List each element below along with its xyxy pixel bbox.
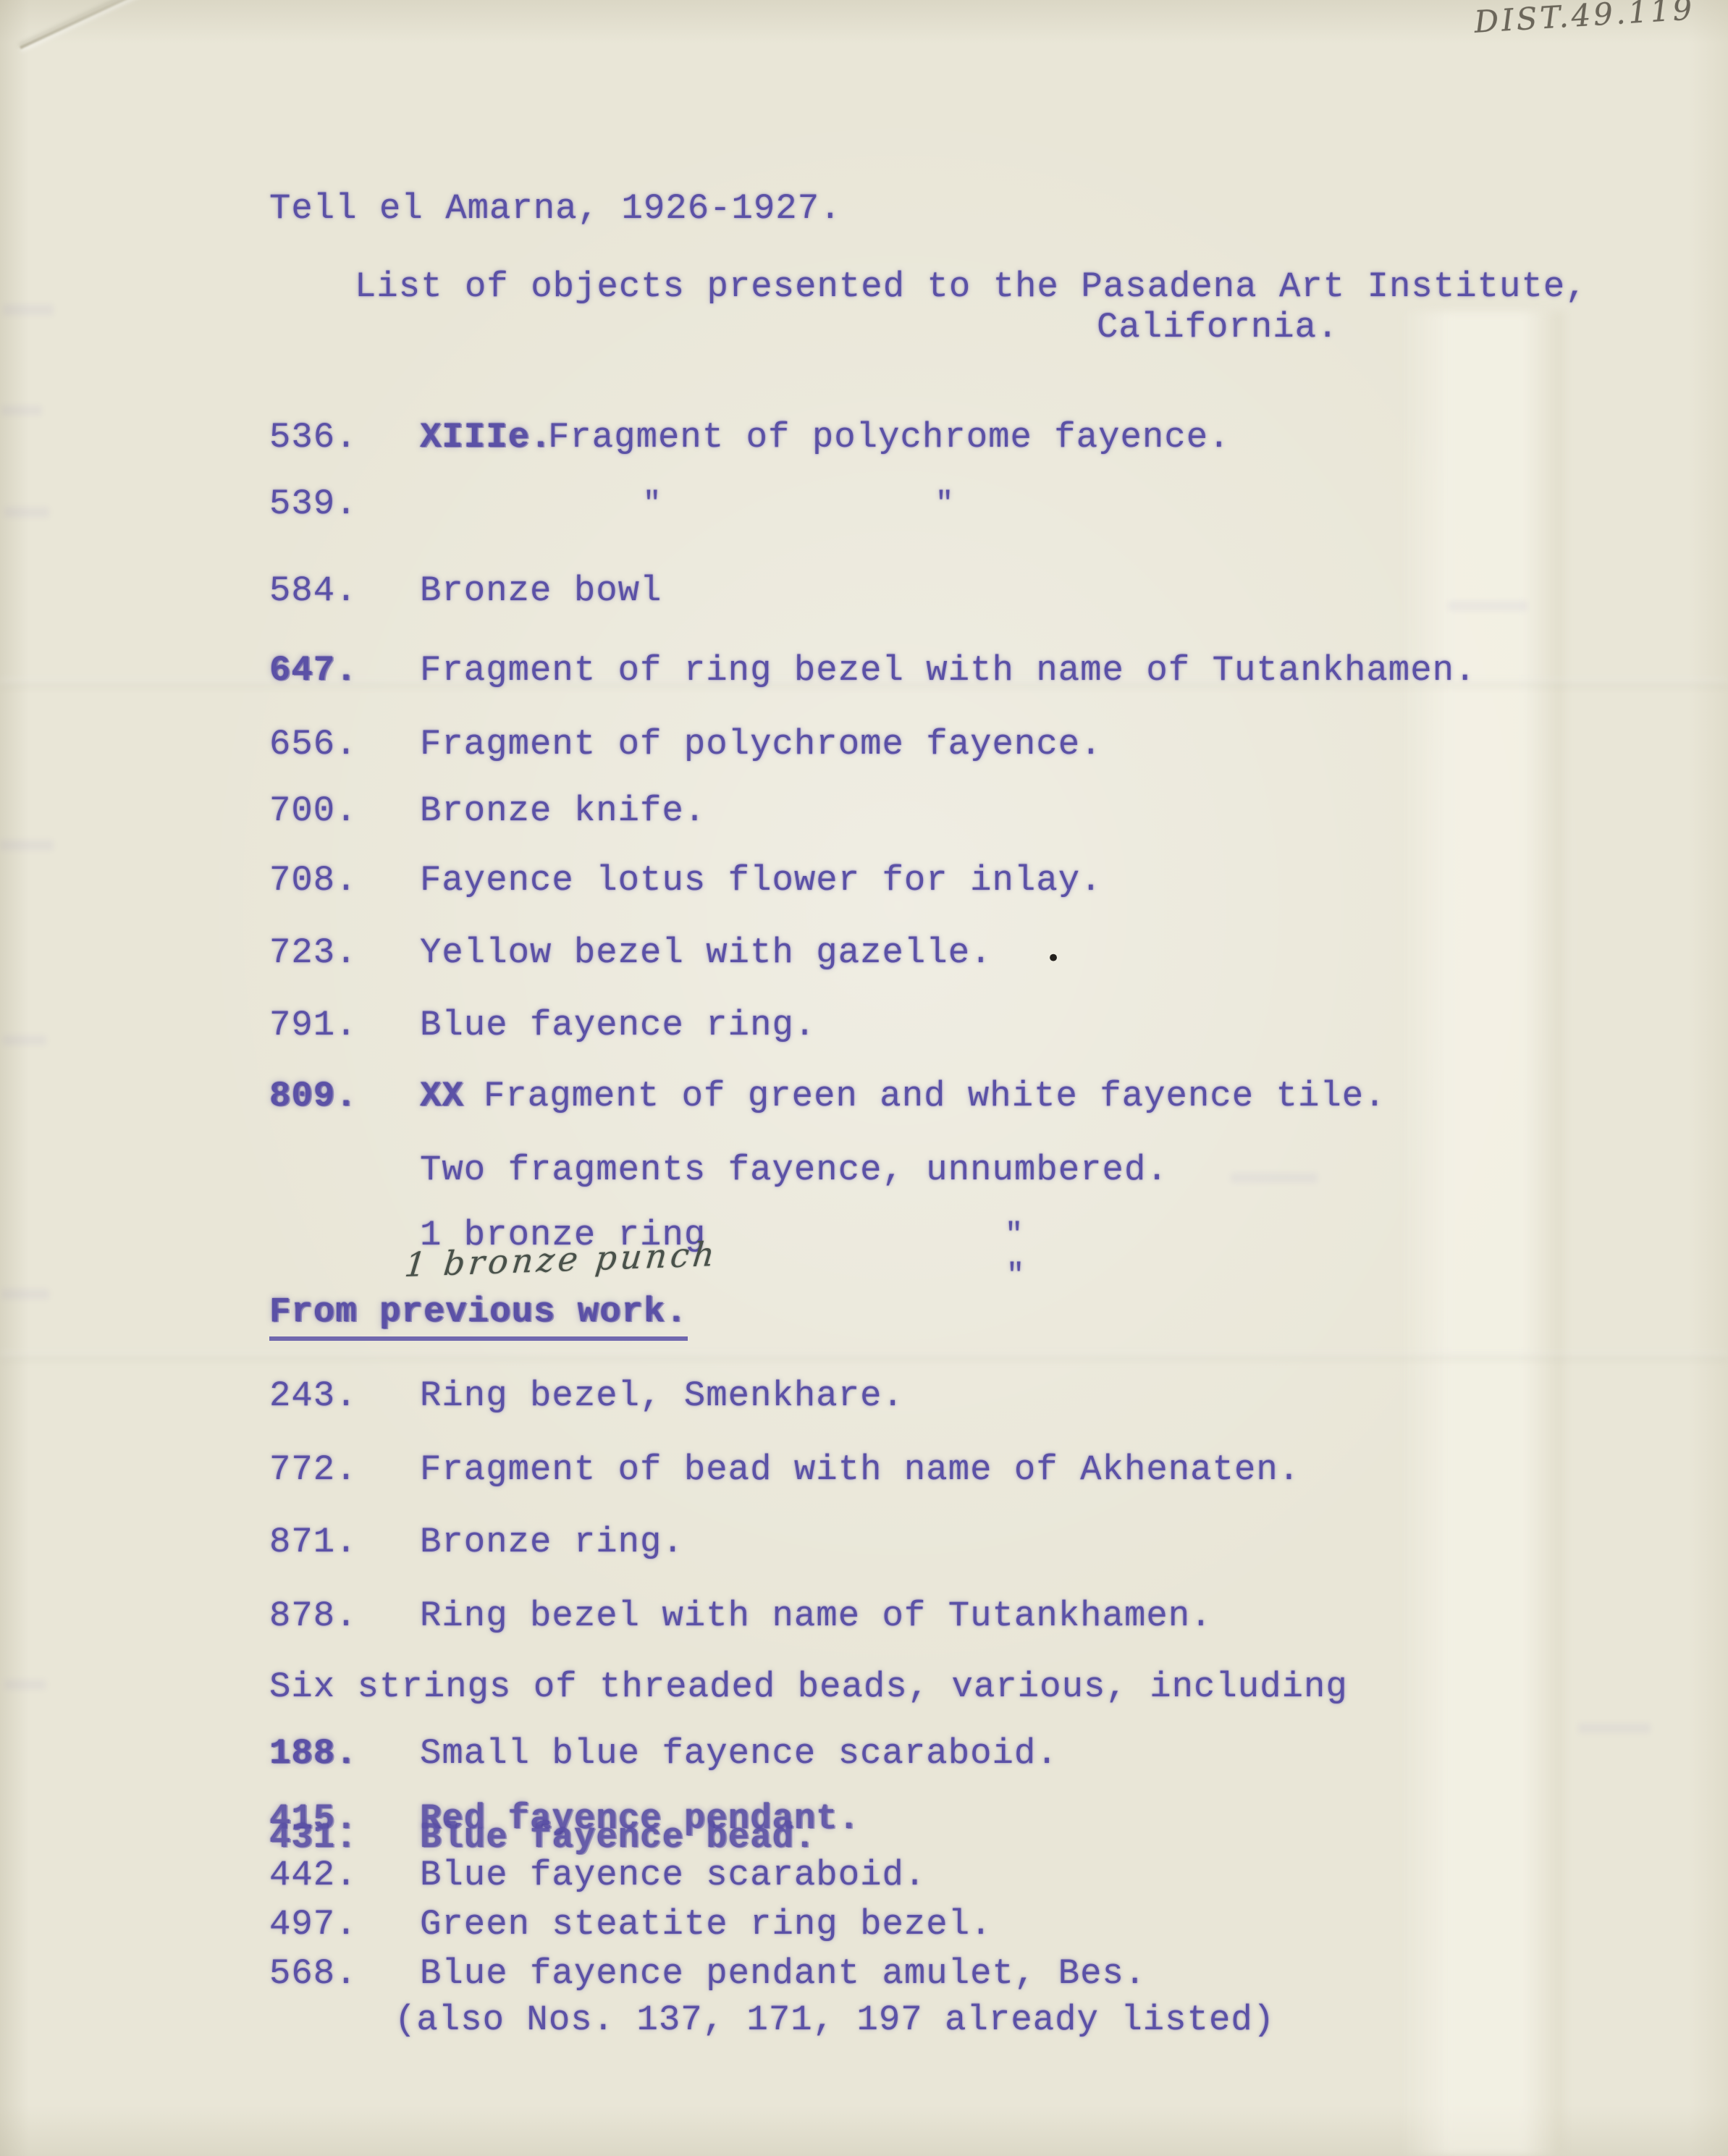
item-number: 442. — [269, 1853, 358, 1897]
ditto-mark: " — [643, 482, 662, 526]
item-text: Fragment of polychrome fayence. — [548, 416, 1231, 459]
list-item: 243. Ring bezel, Smenkhare. — [0, 1374, 1728, 1425]
list-item: 809. XX Fragment of green and white faye… — [0, 1074, 1728, 1125]
item-text: Blue fayence scaraboid. — [420, 1853, 926, 1897]
document-subtitle: List of objects presented to the Pasaden… — [355, 265, 1588, 308]
list-item: 791. Blue fayence ring. — [0, 1003, 1728, 1054]
paper-crease-topleft — [20, 0, 185, 49]
bleed-through-mark — [0, 840, 54, 851]
item-text: Ring bezel, Smenkhare. — [420, 1374, 904, 1418]
list-item: 497. Green steatite ring bezel. — [0, 1903, 1728, 1953]
item-number: 791. — [269, 1003, 358, 1047]
handwritten-item-row: 1 bronze punch " — [0, 1239, 1728, 1290]
item-text: Blue fayence bead. — [420, 1816, 816, 1859]
item-number: 772. — [269, 1448, 358, 1491]
section-heading-row: From previous work. — [0, 1290, 1728, 1341]
bleed-through-mark — [1, 405, 42, 416]
item-prefix: XIIIe. — [420, 416, 552, 459]
list-item: 647. Fragment of ring bezel with name of… — [0, 649, 1728, 699]
item-text: Bronze ring. — [420, 1520, 684, 1564]
footnote-row: (also Nos. 137, 171, 197 already listed) — [0, 1998, 1728, 2049]
ditto-mark: " — [935, 482, 954, 526]
list-item: 188. Small blue fayence scaraboid. — [0, 1732, 1728, 1782]
item-number: 656. — [269, 723, 358, 766]
six-strings-line-row: Six strings of threaded beads, various, … — [0, 1665, 1728, 1716]
item-text: Fayence lotus flower for inlay. — [420, 859, 1103, 902]
paper-fold-line — [0, 1352, 1728, 1360]
item-text: Blue fayence ring. — [420, 1003, 816, 1047]
item-text: Small blue fayence scaraboid. — [420, 1732, 1058, 1775]
item-number: 708. — [269, 859, 358, 902]
list-item: 656. Fragment of polychrome fayence. — [0, 723, 1728, 773]
list-item: 878. Ring bezel with name of Tutankhamen… — [0, 1594, 1728, 1645]
archive-number-annotation: DIST.49.119 — [1473, 0, 1696, 40]
item-prefix: XX — [420, 1074, 486, 1118]
item-number: 568. — [269, 1952, 358, 1995]
list-item: Two fragments fayence, unnumbered. — [0, 1148, 1728, 1199]
item-text: Two fragments fayence, unnumbered. — [420, 1148, 1168, 1192]
item-number: 431. — [269, 1816, 358, 1859]
item-number: 878. — [269, 1594, 358, 1638]
item-text: Blue fayence pendant amulet, Bes. — [420, 1952, 1146, 1995]
footnote: (also Nos. 137, 171, 197 already listed) — [395, 1998, 1275, 2042]
list-item: 772. Fragment of bead with name of Akhen… — [0, 1448, 1728, 1499]
list-item: 539. " " — [0, 482, 1728, 533]
list-item: 442. Blue fayence scaraboid. — [0, 1853, 1728, 1904]
document-title: Tell el Amarna, 1926-1927. — [269, 187, 842, 230]
list-item: 708. Fayence lotus flower for inlay. — [0, 859, 1728, 909]
handwritten-item: 1 bronze punch — [403, 1234, 720, 1284]
list-item: 584. Bronze bowl — [0, 569, 1728, 620]
ink-dot-mark: • — [1046, 944, 1061, 973]
item-number: 809. — [269, 1074, 358, 1118]
item-number: 536. — [269, 416, 358, 459]
list-item: 536. XIIIe. Fragment of polychrome fayen… — [0, 416, 1728, 466]
item-text: Fragment of green and white fayence tile… — [484, 1074, 1386, 1118]
list-item: 871. Bronze ring. — [0, 1520, 1728, 1571]
document-subtitle-place: California. — [1097, 306, 1339, 349]
item-number: 723. — [269, 931, 358, 974]
item-number: 871. — [269, 1520, 358, 1564]
item-number: 539. — [269, 482, 358, 526]
item-text: Bronze knife. — [420, 789, 706, 833]
item-text: Fragment of ring bezel with name of Tuta… — [420, 649, 1476, 692]
item-number: 584. — [269, 569, 358, 612]
item-text: Green steatite ring bezel. — [420, 1903, 992, 1946]
item-number: 243. — [269, 1374, 358, 1418]
item-text: Yellow bezel with gazelle. — [420, 931, 992, 974]
list-item: 700. Bronze knife. — [0, 789, 1728, 840]
item-text: Ring bezel with name of Tutankhamen. — [420, 1594, 1213, 1638]
six-strings-line: Six strings of threaded beads, various, … — [269, 1665, 1348, 1709]
list-item: 568. Blue fayence pendant amulet, Bes. — [0, 1952, 1728, 2003]
scanned-document-page: { "document": { "kind": "typewritten dis… — [0, 0, 1728, 2156]
item-number: 647. — [269, 649, 358, 692]
section-heading: From previous work. — [269, 1290, 688, 1341]
item-number: 700. — [269, 789, 358, 833]
item-number: 497. — [269, 1903, 358, 1946]
document-subtitle2-row: California. — [0, 306, 1728, 356]
item-number: 188. — [269, 1732, 358, 1775]
list-item: 723. Yellow bezel with gazelle. • — [0, 931, 1728, 982]
item-text: Fragment of polychrome fayence. — [420, 723, 1103, 766]
item-text: Bronze bowl — [420, 569, 662, 612]
item-text: Fragment of bead with name of Akhenaten. — [420, 1448, 1300, 1491]
document-title-row: Tell el Amarna, 1926-1927. — [0, 187, 1728, 237]
